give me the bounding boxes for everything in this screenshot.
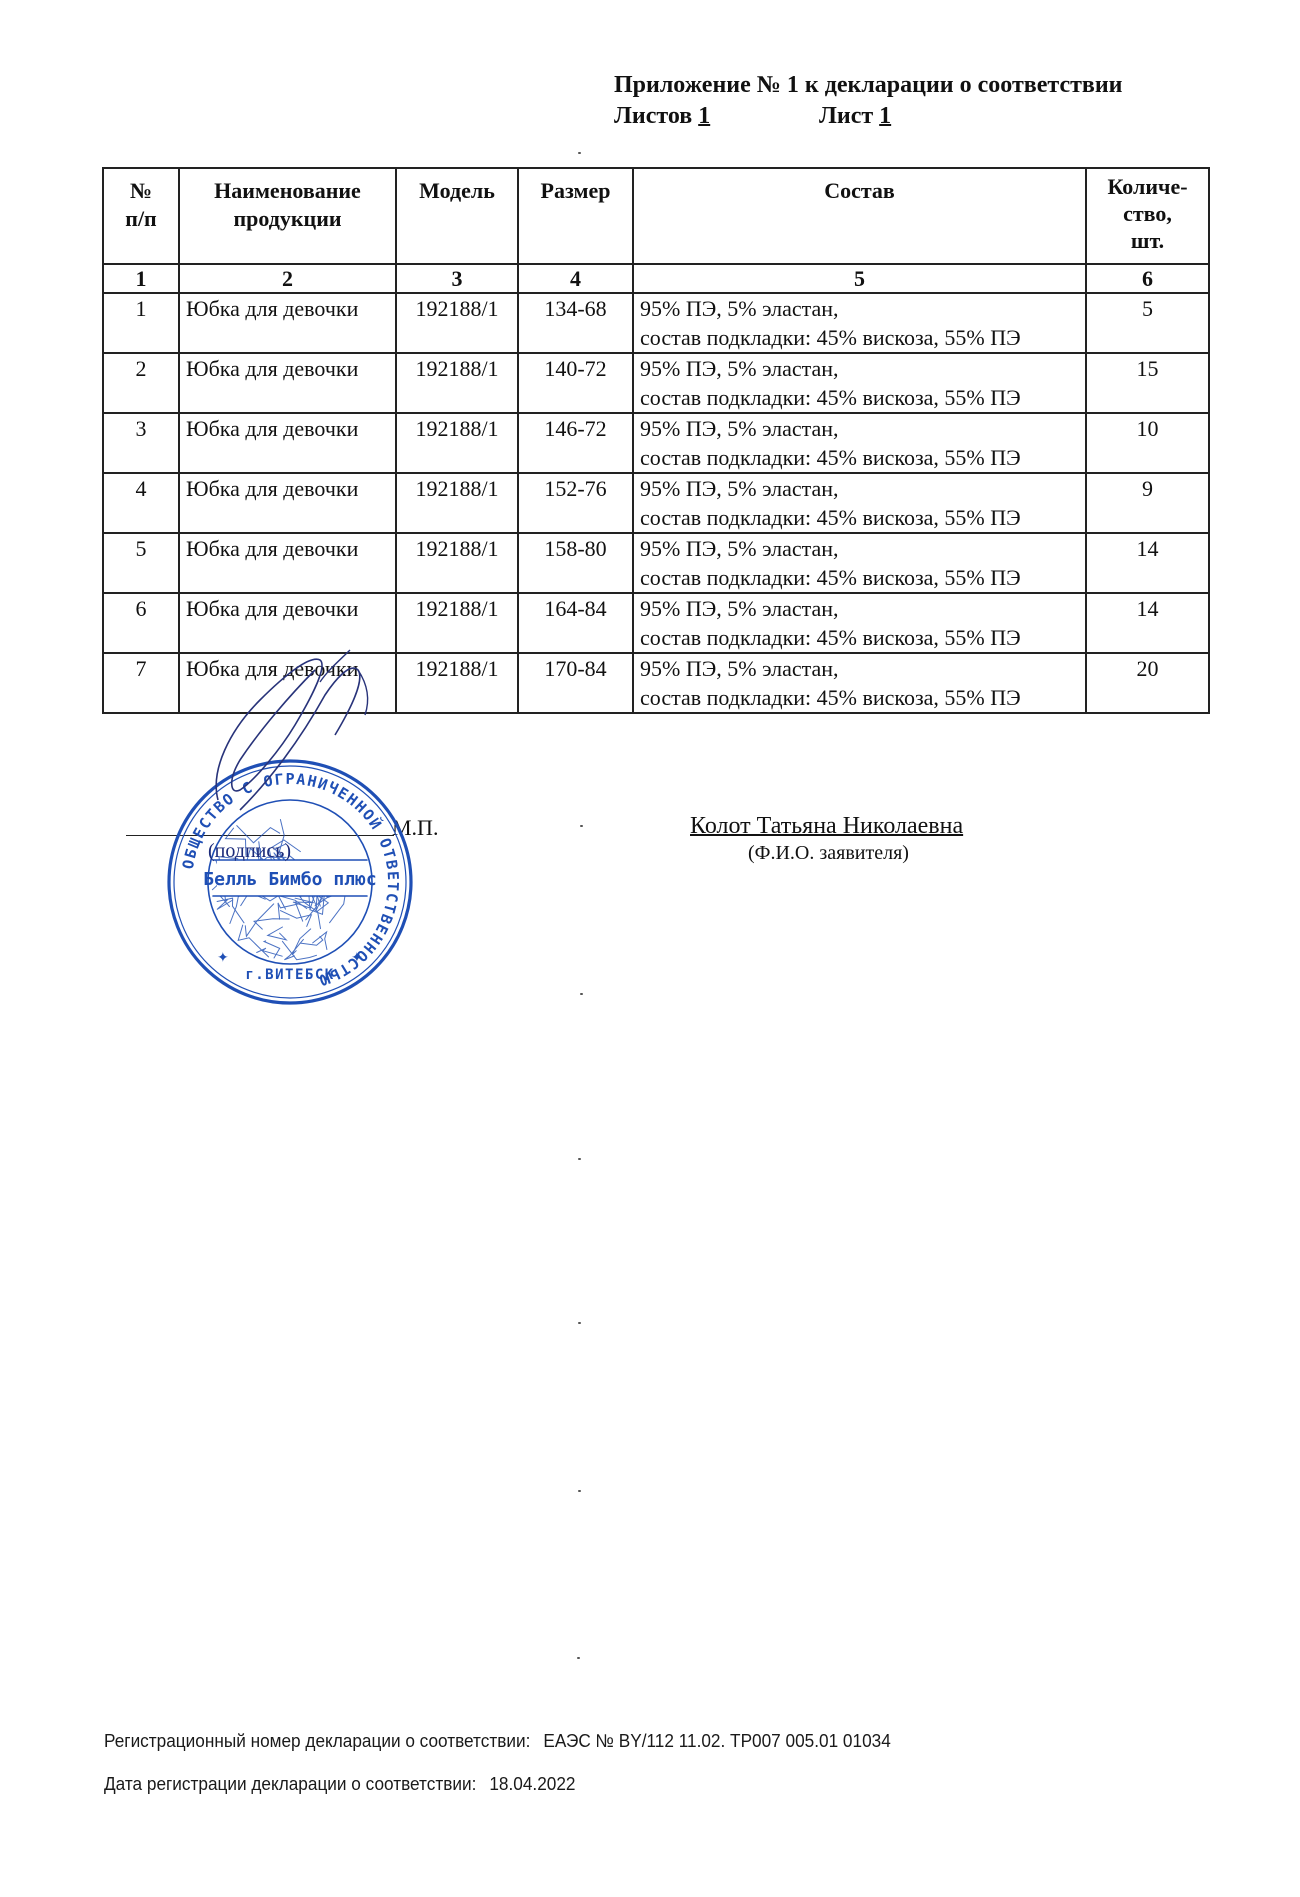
model: 192188/1 [396, 293, 518, 353]
composition-lining: состав подкладки: 45% вискоза, 55% ПЭ [640, 503, 1079, 532]
applicant-name: Колот Татьяна Николаевна [690, 813, 963, 840]
row-number: 5 [103, 533, 179, 593]
column-number: 5 [633, 264, 1086, 293]
appendix-title: Приложение № 1 к декларации о соответств… [614, 70, 1123, 101]
quantity: 15 [1086, 353, 1209, 413]
quantity: 20 [1086, 653, 1209, 713]
row-number: 3 [103, 413, 179, 473]
size: 146-72 [518, 413, 633, 473]
header-text: Модель [403, 177, 511, 205]
products-table: № п/п Наименование продукции Модель Разм… [102, 167, 1210, 714]
applicant-caption: (Ф.И.О. заявителя) [748, 842, 909, 865]
sheet-value: 1 [879, 103, 891, 129]
scan-artifact [578, 1158, 581, 1160]
composition-main: 95% ПЭ, 5% эластан, [640, 594, 1079, 623]
scan-artifact [578, 1322, 581, 1324]
signature-caption: (подпись) [208, 840, 291, 863]
column-header-product-name: Наименование продукции [179, 168, 396, 264]
product-name: Юбка для девочки [179, 293, 396, 353]
sheets-value: 1 [698, 103, 710, 129]
header-text: Количе- [1093, 173, 1202, 200]
registration-number: Регистрационный номер декларации о соотв… [104, 1730, 891, 1752]
handwritten-signature [200, 640, 400, 820]
column-number: 3 [396, 264, 518, 293]
registration-date: Дата регистрации декларации о соответств… [104, 1773, 575, 1795]
quantity: 5 [1086, 293, 1209, 353]
scan-artifact [578, 152, 581, 154]
composition-main: 95% ПЭ, 5% эластан, [640, 534, 1079, 563]
table-row: 3 Юбка для девочки 192188/1 146-72 95% П… [103, 413, 1209, 473]
model: 192188/1 [396, 413, 518, 473]
registration-number-label: Регистрационный номер декларации о соотв… [104, 1730, 530, 1751]
scan-artifact [577, 1657, 580, 1659]
composition: 95% ПЭ, 5% эластан, состав подкладки: 45… [633, 413, 1086, 473]
composition: 95% ПЭ, 5% эластан, состав подкладки: 45… [633, 653, 1086, 713]
model: 192188/1 [396, 353, 518, 413]
column-number: 1 [103, 264, 179, 293]
column-header-model: Модель [396, 168, 518, 264]
sheets-label: Листов [614, 103, 692, 129]
header-text: шт. [1093, 227, 1202, 254]
sheets-count: Листов 1 [614, 101, 819, 132]
product-name: Юбка для девочки [179, 413, 396, 473]
composition: 95% ПЭ, 5% эластан, состав подкладки: 45… [633, 533, 1086, 593]
column-header-quantity: Количе- ство, шт. [1086, 168, 1209, 264]
composition-lining: состав подкладки: 45% вискоза, 55% ПЭ [640, 563, 1079, 592]
registration-date-value: 18.04.2022 [489, 1773, 575, 1794]
product-name: Юбка для девочки [179, 353, 396, 413]
model: 192188/1 [396, 473, 518, 533]
composition-lining: состав подкладки: 45% вискоза, 55% ПЭ [640, 623, 1079, 652]
model: 192188/1 [396, 653, 518, 713]
model: 192188/1 [396, 593, 518, 653]
table-row: 2 Юбка для девочки 192188/1 140-72 95% П… [103, 353, 1209, 413]
column-header-composition: Состав [633, 168, 1086, 264]
header-text: ство, [1093, 200, 1202, 227]
header-text: продукции [186, 205, 389, 233]
composition-lining: состав подкладки: 45% вискоза, 55% ПЭ [640, 683, 1079, 712]
size: 152-76 [518, 473, 633, 533]
composition-main: 95% ПЭ, 5% эластан, [640, 414, 1079, 443]
model: 192188/1 [396, 533, 518, 593]
product-name: Юбка для девочки [179, 473, 396, 533]
registration-number-value: ЕАЭС № BY/112 11.02. ТР007 005.01 01034 [543, 1730, 890, 1751]
column-number: 4 [518, 264, 633, 293]
composition-lining: состав подкладки: 45% вискоза, 55% ПЭ [640, 443, 1079, 472]
header-text: Состав [640, 177, 1079, 205]
composition: 95% ПЭ, 5% эластан, состав подкладки: 45… [633, 593, 1086, 653]
composition-lining: состав подкладки: 45% вискоза, 55% ПЭ [640, 323, 1079, 352]
star-icon: ✦ [217, 951, 229, 966]
quantity: 14 [1086, 533, 1209, 593]
composition-main: 95% ПЭ, 5% эластан, [640, 654, 1079, 683]
stamp-city: г.ВИТЕБСК [245, 967, 334, 983]
header-text: п/п [110, 205, 172, 233]
scan-artifact [578, 1490, 581, 1492]
header-text: Размер [525, 177, 626, 205]
quantity: 10 [1086, 413, 1209, 473]
size: 158-80 [518, 533, 633, 593]
composition: 95% ПЭ, 5% эластан, состав подкладки: 45… [633, 353, 1086, 413]
column-header-number: № п/п [103, 168, 179, 264]
table-header-row: № п/п Наименование продукции Модель Разм… [103, 168, 1209, 264]
column-header-size: Размер [518, 168, 633, 264]
table-row: 4 Юбка для девочки 192188/1 152-76 95% П… [103, 473, 1209, 533]
row-number: 6 [103, 593, 179, 653]
size: 140-72 [518, 353, 633, 413]
stamp-company-name: Белль Бимбо плюс [203, 869, 376, 890]
quantity: 14 [1086, 593, 1209, 653]
composition-lining: состав подкладки: 45% вискоза, 55% ПЭ [640, 383, 1079, 412]
row-number: 7 [103, 653, 179, 713]
row-number: 4 [103, 473, 179, 533]
document-header: Приложение № 1 к декларации о соответств… [614, 70, 1123, 132]
table-row: 1 Юбка для девочки 192188/1 134-68 95% П… [103, 293, 1209, 353]
quantity: 9 [1086, 473, 1209, 533]
column-number: 2 [179, 264, 396, 293]
size: 164-84 [518, 593, 633, 653]
sheet-number: Лист 1 [819, 101, 891, 132]
composition: 95% ПЭ, 5% эластан, состав подкладки: 45… [633, 293, 1086, 353]
star-icon: ✦ [351, 951, 363, 966]
composition-main: 95% ПЭ, 5% эластан, [640, 294, 1079, 323]
column-number: 6 [1086, 264, 1209, 293]
scan-artifact [580, 993, 583, 995]
composition-main: 95% ПЭ, 5% эластан, [640, 354, 1079, 383]
table-row: 5 Юбка для девочки 192188/1 158-80 95% П… [103, 533, 1209, 593]
size: 170-84 [518, 653, 633, 713]
product-name: Юбка для девочки [179, 533, 396, 593]
sheet-label: Лист [819, 103, 873, 129]
composition-main: 95% ПЭ, 5% эластан, [640, 474, 1079, 503]
row-number: 1 [103, 293, 179, 353]
size: 134-68 [518, 293, 633, 353]
column-number-row: 1 2 3 4 5 6 [103, 264, 1209, 293]
header-text: Наименование [186, 177, 389, 205]
row-number: 2 [103, 353, 179, 413]
scan-artifact [580, 825, 583, 827]
registration-date-label: Дата регистрации декларации о соответств… [104, 1773, 476, 1794]
sheet-info: Листов 1 Лист 1 [614, 101, 1123, 132]
composition: 95% ПЭ, 5% эластан, состав подкладки: 45… [633, 473, 1086, 533]
header-text: № [110, 177, 172, 205]
